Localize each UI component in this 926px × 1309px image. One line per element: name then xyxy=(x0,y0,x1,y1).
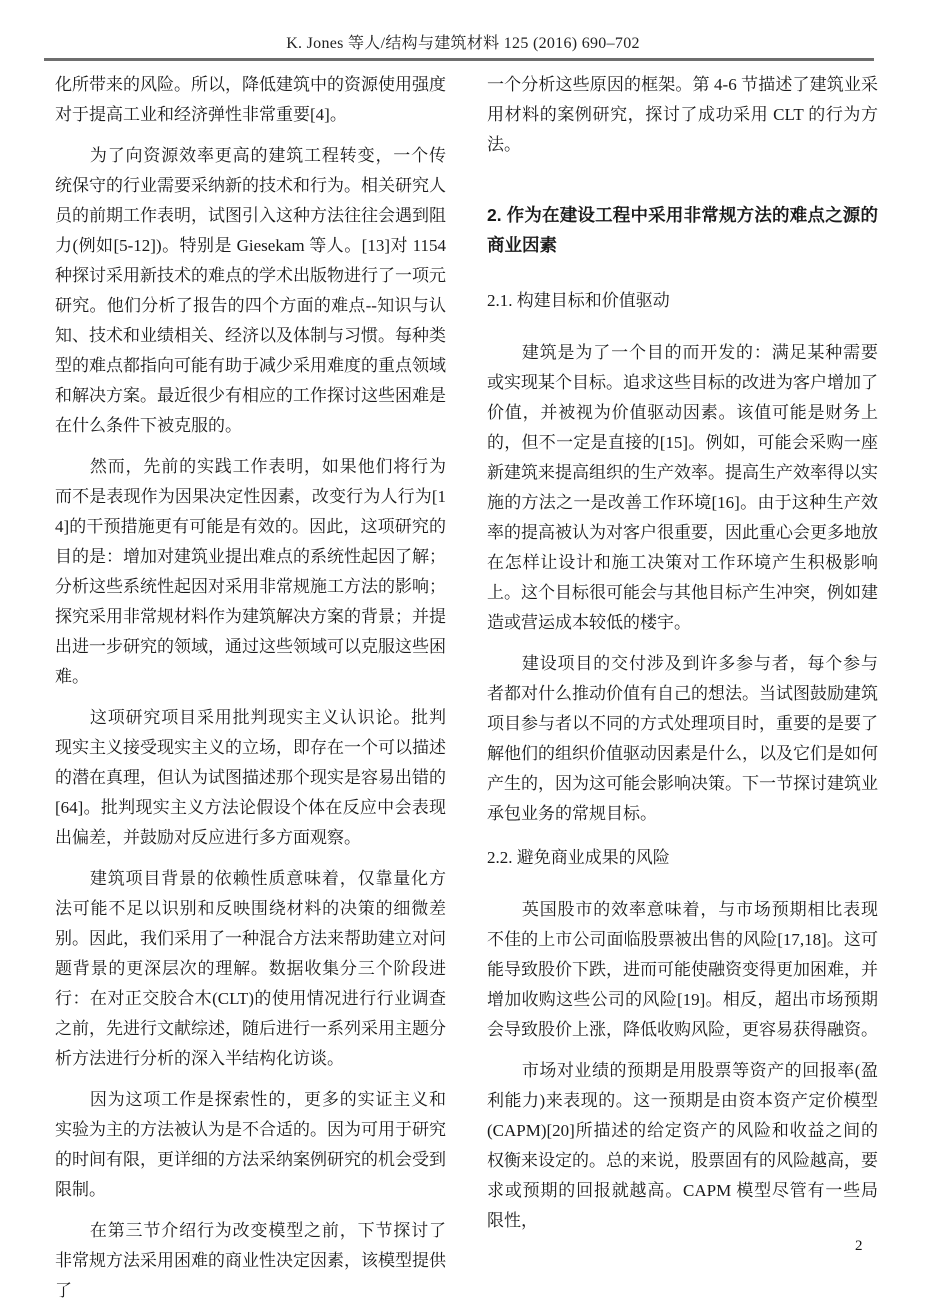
header-rule xyxy=(44,58,874,61)
journal-running-header: K. Jones 等人/结构与建筑材料 125 (2016) 690–702 xyxy=(0,30,926,53)
paragraph: 建筑项目背景的依赖性质意味着，仅靠量化方法可能不足以识别和反映围绕材料的决策的细… xyxy=(55,864,446,1074)
two-column-body: 化所带来的风险。所以，降低建筑中的资源使用强度对于提高工业和经济弹性非常重要[4… xyxy=(55,70,878,1309)
paragraph: 市场对业绩的预期是用股票等资产的回报率(盈利能力)来表现的。这一预期是由资本资产… xyxy=(487,1056,878,1236)
paragraph: 这项研究项目采用批判现实主义认识论。批判现实主义接受现实主义的立场，即存在一个可… xyxy=(55,703,446,853)
paragraph: 建设项目的交付涉及到许多参与者，每个参与者都对什么推动价值有自己的想法。当试图鼓… xyxy=(487,649,878,829)
paragraph: 建筑是为了一个目的而开发的：满足某种需要或实现某个目标。追求这些目标的改进为客户… xyxy=(487,338,878,638)
section-2-2-heading: 2.2. 避免商业成果的风险 xyxy=(487,843,878,873)
paragraph: 一个分析这些原因的框架。第 4-6 节描述了建筑业采用材料的案例研究，探讨了成功… xyxy=(487,70,878,160)
right-column: 一个分析这些原因的框架。第 4-6 节描述了建筑业采用材料的案例研究，探讨了成功… xyxy=(487,70,878,1309)
page-number: 2 xyxy=(855,1238,863,1255)
paragraph: 然而，先前的实践工作表明，如果他们将行为而不是表现作为因果决定性因素，改变行为人… xyxy=(55,452,446,692)
section-2-heading: 2. 作为在建设工程中采用非常规方法的难点之源的商业因素 xyxy=(487,200,878,260)
paragraph: 英国股市的效率意味着，与市场预期相比表现不佳的上市公司面临股票被出售的风险[17… xyxy=(487,895,878,1045)
section-2-1-heading: 2.1. 构建目标和价值驱动 xyxy=(487,286,878,316)
paper-page: K. Jones 等人/结构与建筑材料 125 (2016) 690–702 化… xyxy=(0,0,926,1309)
paragraph: 为了向资源效率更高的建筑工程转变，一个传统保守的行业需要采纳新的技术和行为。相关… xyxy=(55,141,446,441)
left-column: 化所带来的风险。所以，降低建筑中的资源使用强度对于提高工业和经济弹性非常重要[4… xyxy=(55,70,446,1309)
paragraph: 在第三节介绍行为改变模型之前，下节探讨了非常规方法采用困难的商业性决定因素，该模… xyxy=(55,1216,446,1306)
paragraph: 因为这项工作是探索性的，更多的实证主义和实验为主的方法被认为是不合适的。因为可用… xyxy=(55,1085,446,1205)
paragraph: 化所带来的风险。所以，降低建筑中的资源使用强度对于提高工业和经济弹性非常重要[4… xyxy=(55,70,446,130)
